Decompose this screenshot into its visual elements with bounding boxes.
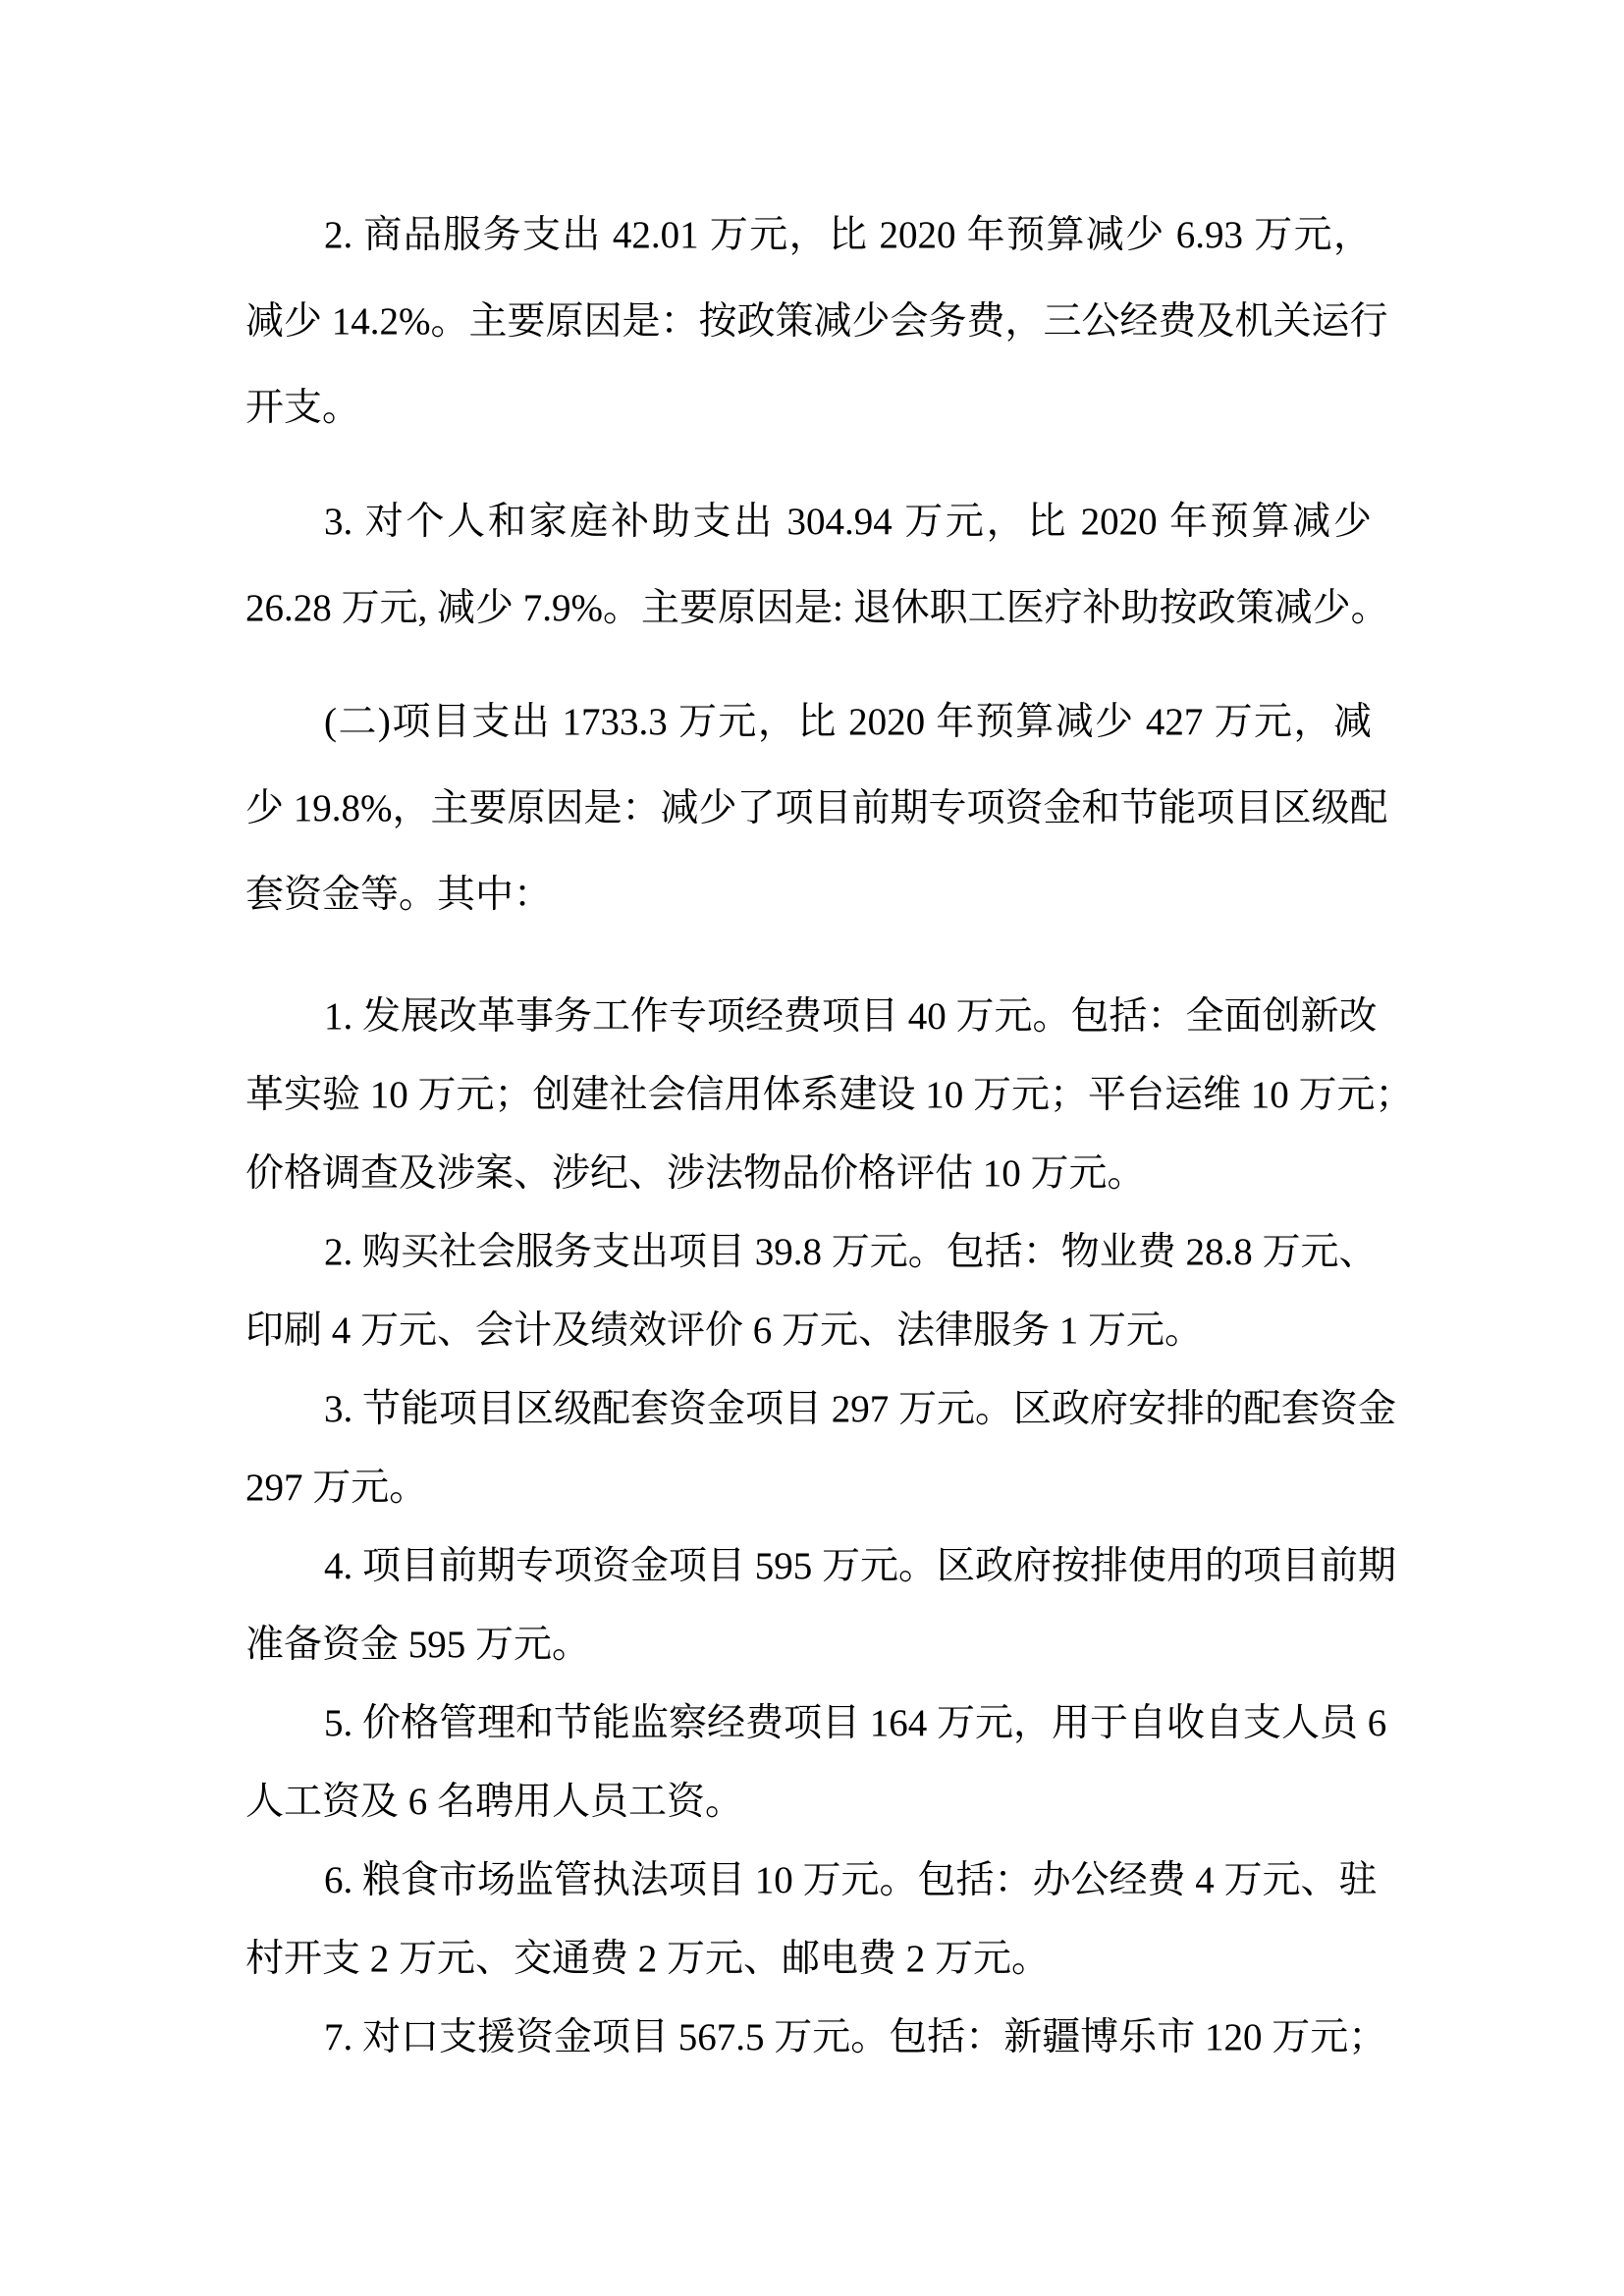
text-line: 4. 项目前期专项资金项目 595 万元。区政府按排使用的项目前期: [245, 1527, 1372, 1606]
text-line: 6. 粮食市场监管执法项目 10 万元。包括：办公经费 4 万元、驻: [245, 1842, 1372, 1920]
text-line: 减少 14.2%。主要原因是：按政策减少会务费，三公经费及机关运行: [245, 279, 1372, 365]
text-line: 7. 对口支援资金项目 567.5 万元。包括：新疆博乐市 120 万元；: [245, 1999, 1372, 2077]
paragraph: 6. 粮食市场监管执法项目 10 万元。包括：办公经费 4 万元、驻村开支 2 …: [245, 1842, 1372, 1999]
text-line: 3. 对个人和家庭补助支出 304.94 万元，比 2020 年预算减少: [245, 479, 1372, 565]
paragraph: 1. 发展改革事务工作专项经费项目 40 万元。包括：全面创新改革实验 10 万…: [245, 978, 1372, 1213]
paragraph: 3. 对个人和家庭补助支出 304.94 万元，比 2020 年预算减少26.2…: [245, 479, 1372, 652]
text-line: 少 19.8%，主要原因是：减少了项目前期专项资金和节能项目区级配: [245, 766, 1372, 852]
text-line: 印刷 4 万元、会计及绩效评价 6 万元、法律服务 1 万元。: [245, 1292, 1372, 1370]
text-line: 套资金等。其中：: [245, 852, 1372, 938]
text-line: 1. 发展改革事务工作专项经费项目 40 万元。包括：全面创新改: [245, 978, 1372, 1056]
paragraph: 2. 购买社会服务支出项目 39.8 万元。包括：物业费 28.8 万元、印刷 …: [245, 1213, 1372, 1370]
paragraph: (二)项目支出 1733.3 万元，比 2020 年预算减少 427 万元，减少…: [245, 679, 1372, 938]
text-line: 5. 价格管理和节能监察经费项目 164 万元，用于自收自支人员 6: [245, 1684, 1372, 1763]
document-page: 2. 商品服务支出 42.01 万元，比 2020 年预算减少 6.93 万元，…: [0, 0, 1624, 2296]
text-line: 价格调查及涉案、涉纪、涉法物品价格评估 10 万元。: [245, 1135, 1372, 1213]
document-text: 2. 商品服务支出 42.01 万元，比 2020 年预算减少 6.93 万元，…: [245, 192, 1372, 2077]
paragraph: 5. 价格管理和节能监察经费项目 164 万元，用于自收自支人员 6人工资及 6…: [245, 1684, 1372, 1842]
text-line: 革实验 10 万元；创建社会信用体系建设 10 万元；平台运维 10 万元；: [245, 1056, 1372, 1135]
text-line: 开支。: [245, 365, 1372, 452]
paragraph: 3. 节能项目区级配套资金项目 297 万元。区政府安排的配套资金297 万元。: [245, 1370, 1372, 1527]
paragraph: 7. 对口支援资金项目 567.5 万元。包括：新疆博乐市 120 万元；: [245, 1999, 1372, 2077]
text-line: 3. 节能项目区级配套资金项目 297 万元。区政府安排的配套资金: [245, 1370, 1372, 1449]
text-line: 26.28 万元, 减少 7.9%。主要原因是: 退休职工医疗补助按政策减少。: [245, 565, 1372, 652]
paragraph: 4. 项目前期专项资金项目 595 万元。区政府按排使用的项目前期准备资金 59…: [245, 1527, 1372, 1684]
text-line: 准备资金 595 万元。: [245, 1606, 1372, 1684]
text-line: 村开支 2 万元、交通费 2 万元、邮电费 2 万元。: [245, 1920, 1372, 1999]
text-line: 297 万元。: [245, 1449, 1372, 1527]
text-line: 人工资及 6 名聘用人员工资。: [245, 1763, 1372, 1842]
text-line: 2. 商品服务支出 42.01 万元，比 2020 年预算减少 6.93 万元，: [245, 192, 1372, 279]
text-line: (二)项目支出 1733.3 万元，比 2020 年预算减少 427 万元，减: [245, 679, 1372, 766]
text-line: 2. 购买社会服务支出项目 39.8 万元。包括：物业费 28.8 万元、: [245, 1213, 1372, 1292]
paragraph: 2. 商品服务支出 42.01 万元，比 2020 年预算减少 6.93 万元，…: [245, 192, 1372, 452]
